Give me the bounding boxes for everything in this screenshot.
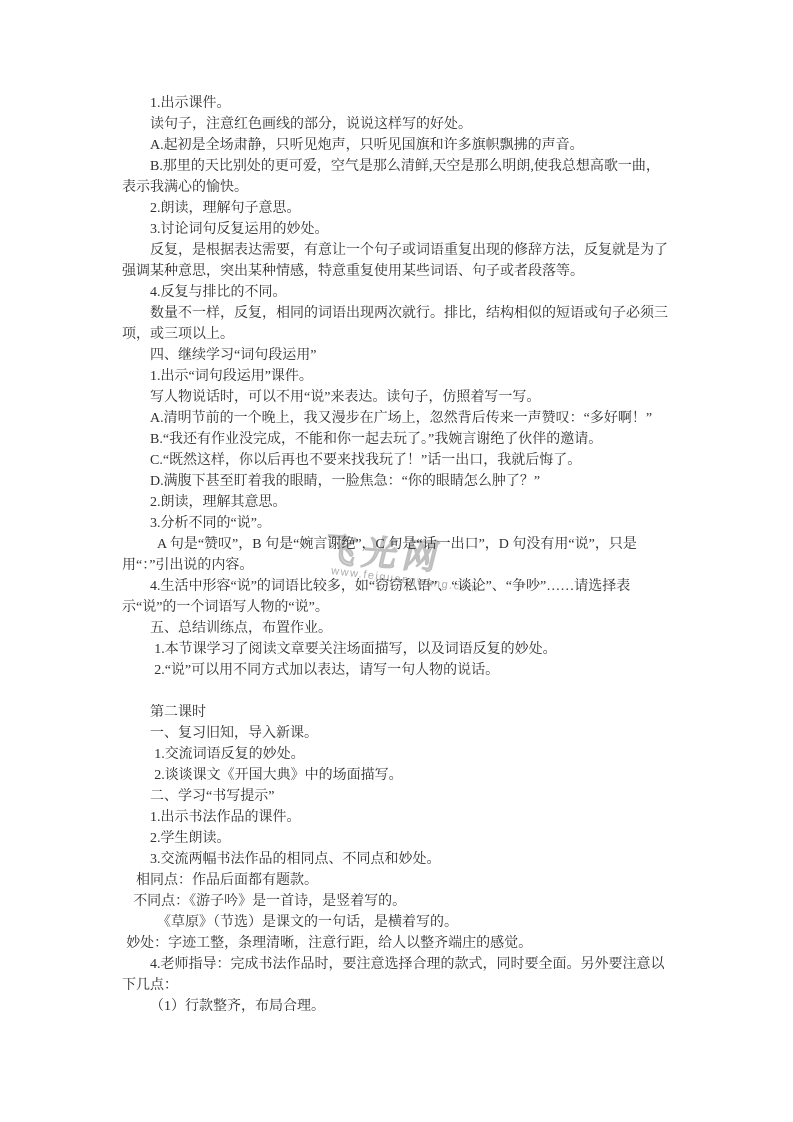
paragraph: C.“既然这样，你以后再也不要来找我玩了！”话一出口，我就后悔了。 [122, 450, 672, 471]
paragraph: 2.谈谈课文《开国大典》中的场面描写。 [122, 765, 672, 786]
paragraph: 4.反复与排比的不同。 [122, 282, 672, 303]
paragraph: 2.学生朗读。 [122, 828, 672, 849]
paragraph: 二、学习“书写提示” [122, 786, 672, 807]
paragraph: B.那里的天比别处的更可爱，空气是那么清鲜,天空是那么明朗,使我总想高歌一曲，表… [122, 156, 672, 198]
paragraph: 五、总结训练点，布置作业。 [122, 618, 672, 639]
paragraph: （1）行款整齐，布局合理。 [122, 996, 672, 1017]
paragraph: 4.生活中形容“说”的词语比较多，如“窃窃私语”、“谈论”、“争吵”……请选择表… [122, 576, 672, 618]
paragraph: 3.讨论词句反复运用的妙处。 [122, 219, 672, 240]
paragraph: 《草原》（节选）是课文的一句话，是横着写的。 [122, 912, 672, 933]
paragraph: 不同点：《游子吟》是一首诗，是竖着写的。 [122, 891, 672, 912]
paragraph: B.“我还有作业没完成，不能和你一起去玩了。”我婉言谢绝了伙伴的邀请。 [122, 429, 672, 450]
paragraph: 2.朗读，理解句子意思。 [122, 198, 672, 219]
paragraph: 第二课时 [122, 702, 672, 723]
paragraph: A 句是“赞叹”，B 句是“婉言谢绝”，C 句是“话一出口”，D 句没有用“说”… [122, 534, 672, 576]
paragraph: 反复，是根据表达需要，有意让一个句子或词语重复出现的修辞方法，反复就是为了强调某… [122, 240, 672, 282]
blank-line [122, 681, 672, 702]
paragraph: 2.朗读，理解其意思。 [122, 492, 672, 513]
paragraph: 1.出示“词句段运用”课件。 [122, 366, 672, 387]
paragraph: 四、继续学习“词句段运用” [122, 345, 672, 366]
paragraph: 3.交流两幅书法作品的相同点、不同点和妙处。 [122, 849, 672, 870]
paragraph: 2.“说”可以用不同方式加以表达，请写一句人物的说话。 [122, 660, 672, 681]
paragraph: 1.出示书法作品的课件。 [122, 807, 672, 828]
paragraph: 读句子，注意红色画线的部分，说说这样写的好处。 [122, 114, 672, 135]
paragraph: 相同点：作品后面都有题款。 [122, 870, 672, 891]
paragraph: 1.本节课学习了阅读文章要关注场面描写，以及词语反复的妙处。 [122, 639, 672, 660]
paragraph: 3.分析不同的“说”。 [122, 513, 672, 534]
paragraph: A.清明节前的一个晚上，我又漫步在广场上，忽然背后传来一声赞叹：“多好啊！” [122, 408, 672, 429]
paragraph: A.起初是全场肃静，只听见炮声，只听见国旗和许多旗帜飘拂的声音。 [122, 135, 672, 156]
paragraph: 一、复习旧知，导入新课。 [122, 723, 672, 744]
paragraph: D.满腹下甚至盯着我的眼睛，一脸焦急：“你的眼睛怎么肿了？” [122, 471, 672, 492]
lesson-plan-document: 1.出示课件。读句子，注意红色画线的部分，说说这样写的好处。A.起初是全场肃静，… [122, 93, 672, 1017]
paragraph: 写人物说话时，可以不用“说”来表达。读句子，仿照着写一写。 [122, 387, 672, 408]
paragraph: 妙处：字迹工整，条理清晰，注意行距，给人以整齐端庄的感觉。 [122, 933, 672, 954]
paragraph: 1.出示课件。 [122, 93, 672, 114]
paragraph: 数量不一样，反复，相同的词语出现两次就行。排比，结构相似的短语或句子必须三项，或… [122, 303, 672, 345]
paragraph: 4.老师指导：完成书法作品时，要注意选择合理的款式，同时要全面。另外要注意以下几… [122, 954, 672, 996]
paragraph: 1.交流词语反复的妙处。 [122, 744, 672, 765]
